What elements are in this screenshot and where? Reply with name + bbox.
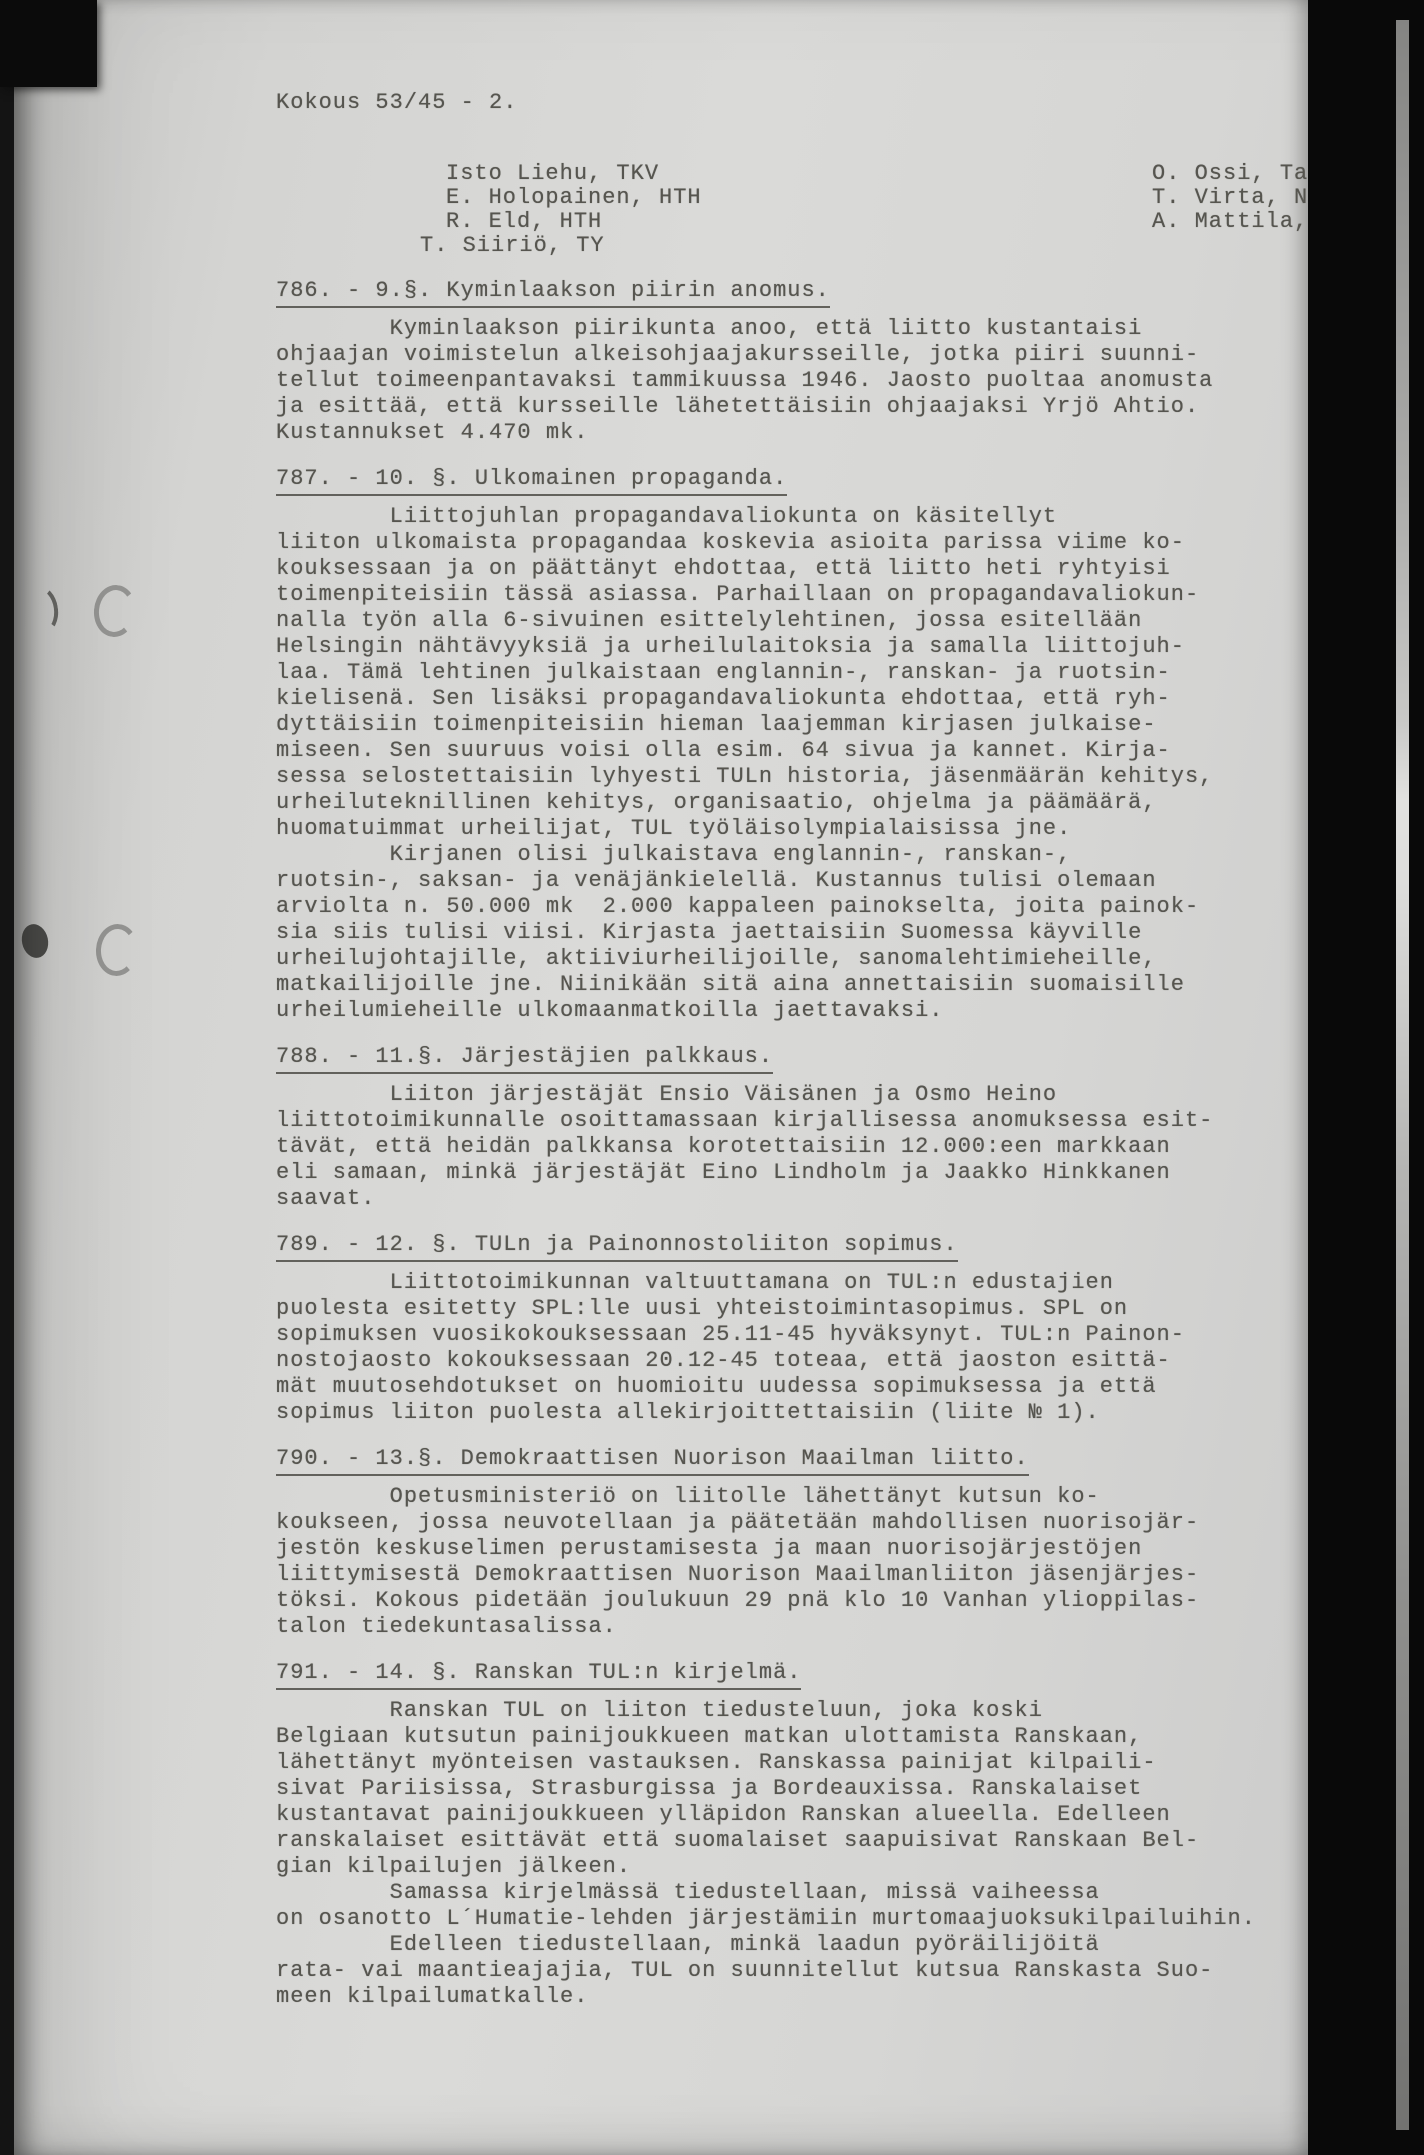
section-heading-row: 788. - 11.§. Järjestäjien palkkaus. xyxy=(276,1044,1280,1070)
section-789-heading: 789. - 12. §. TULn ja Painonnostoliiton … xyxy=(276,1232,958,1262)
scan-right-edge xyxy=(1308,0,1424,2155)
section-787: 787. - 10. §. Ulkomainen propaganda. Lii… xyxy=(276,466,1280,1024)
section-787-heading: 787. - 10. §. Ulkomainen propaganda. xyxy=(276,466,787,496)
section-788-heading: 788. - 11.§. Järjestäjien palkkaus. xyxy=(276,1044,773,1074)
section-786: 786. - 9.§. Kyminlaakson piirin anomus. … xyxy=(276,278,1280,446)
section-heading-row: 789. - 12. §. TULn ja Painonnostoliiton … xyxy=(276,1232,1280,1258)
section-791: 791. - 14. §. Ranskan TUL:n kirjelmä. Ra… xyxy=(276,1660,1280,2010)
section-788-body: Liiton järjestäjät Ensio Väisänen ja Osm… xyxy=(276,1082,1280,1212)
section-heading-row: 786. - 9.§. Kyminlaakson piirin anomus. xyxy=(276,278,1280,304)
attendee: T. Siiriö, TY xyxy=(420,234,1280,258)
section-790: 790. - 13.§. Demokraattisen Nuorison Maa… xyxy=(276,1446,1280,1640)
section-heading-row: 787. - 10. §. Ulkomainen propaganda. xyxy=(276,466,1280,492)
section-789: 789. - 12. §. TULn ja Painonnostoliiton … xyxy=(276,1232,1280,1426)
section-790-body: Opetusministeriö on liitolle lähettänyt … xyxy=(276,1484,1280,1640)
adjacent-page-edge xyxy=(1396,20,1409,2130)
section-787-body: Liittojuhlan propagandavaliokunta on käs… xyxy=(276,504,1280,1024)
section-791-heading: 791. - 14. §. Ranskan TUL:n kirjelmä. xyxy=(276,1660,801,1690)
scan-corner-shadow xyxy=(0,0,97,87)
section-788: 788. - 11.§. Järjestäjien palkkaus. Liit… xyxy=(276,1044,1280,1212)
attendee-list: Isto Liehu, TKV E. Holopainen, HTH R. El… xyxy=(446,162,1280,258)
section-786-heading: 786. - 9.§. Kyminlaakson piirin anomus. xyxy=(276,278,830,308)
section-786-body: Kyminlaakson piirikunta anoo, että liitt… xyxy=(276,316,1280,446)
section-789-body: Liittotoimikunnan valtuuttamana on TUL:n… xyxy=(276,1270,1280,1426)
scanned-document: Kokous 53/45 - 2. Isto Liehu, TKV E. Hol… xyxy=(0,0,1424,2155)
section-790-heading: 790. - 13.§. Demokraattisen Nuorison Maa… xyxy=(276,1446,1029,1476)
section-791-body: Ranskan TUL on liiton tiedusteluun, joka… xyxy=(276,1698,1280,2010)
section-heading-row: 790. - 13.§. Demokraattisen Nuorison Maa… xyxy=(276,1446,1280,1472)
document-page: Kokous 53/45 - 2. Isto Liehu, TKV E. Hol… xyxy=(14,0,1308,2155)
meeting-header: Kokous 53/45 - 2. xyxy=(276,90,1280,116)
section-heading-row: 791. - 14. §. Ranskan TUL:n kirjelmä. xyxy=(276,1660,1280,1686)
